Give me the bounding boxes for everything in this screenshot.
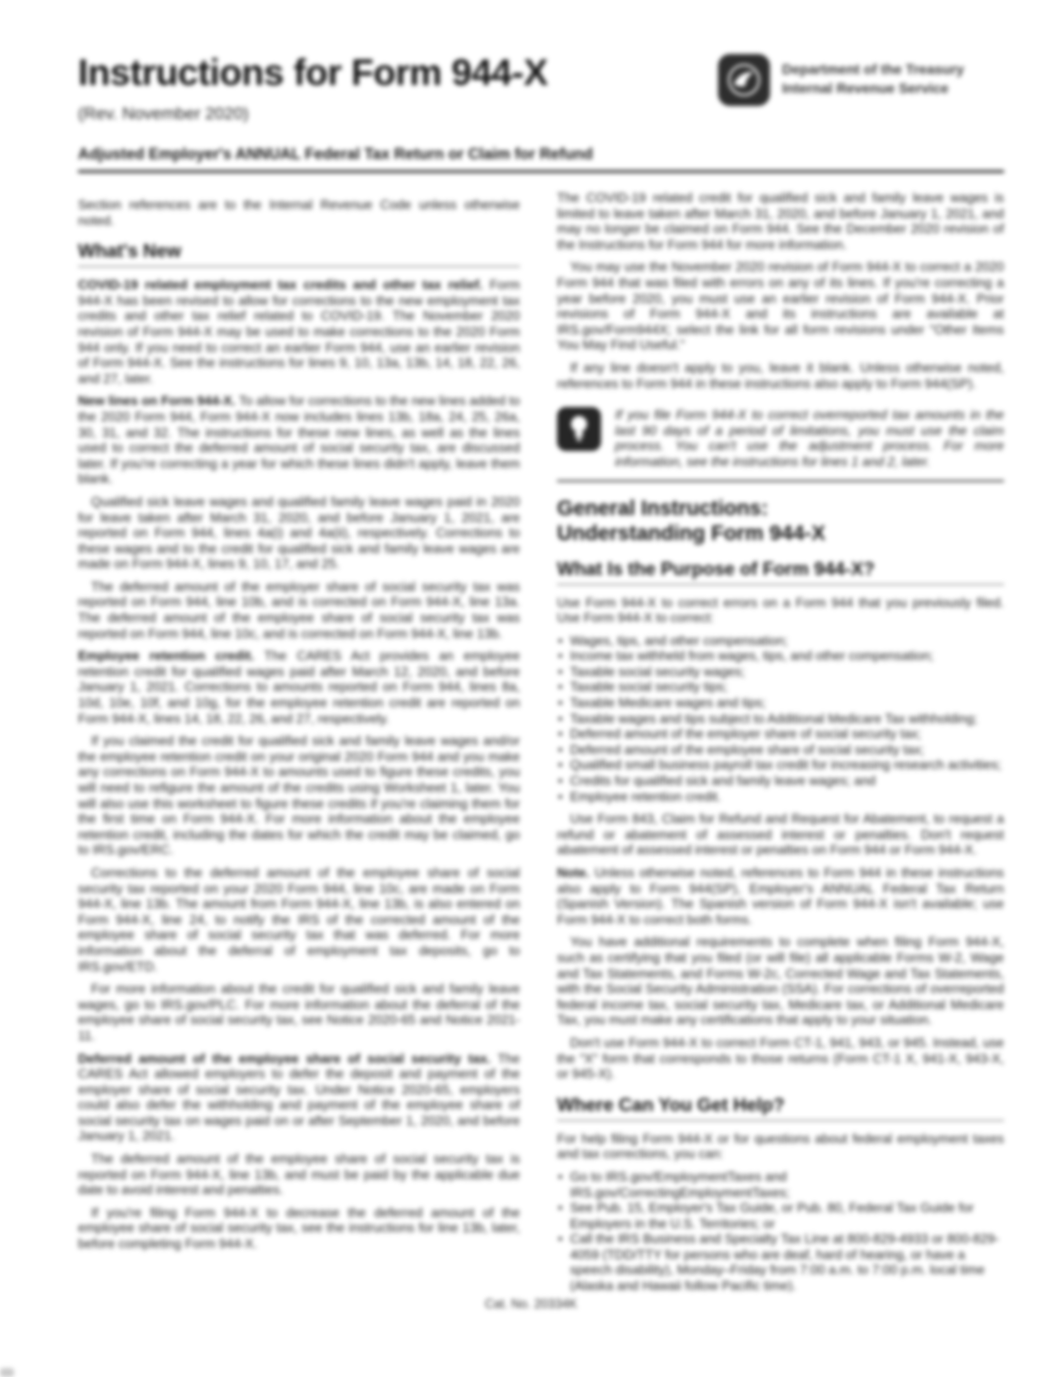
note-paragraph: Note. Unless otherwise noted, references… — [557, 865, 1004, 927]
paragraph-lead: COVID-19 related employment tax credits … — [78, 277, 483, 292]
agency-line-irs: Internal Revenue Service — [782, 79, 964, 98]
paragraph: Qualified sick leave wages and qualified… — [78, 494, 520, 572]
paragraph: You may use the November 2020 revision o… — [557, 259, 1004, 353]
purpose-heading: What Is the Purpose of Form 944-X? — [557, 558, 1004, 585]
footer-catalog-number: Cat. No. 20334K — [0, 1297, 1062, 1311]
list-item: Taxable social security tips; — [557, 679, 1004, 695]
right-column: The COVID-19 related credit for qualifie… — [557, 190, 1004, 1292]
help-heading: Where Can You Get Help? — [557, 1094, 1004, 1121]
list-item: Income tax withheld from wages, tips, an… — [557, 648, 1004, 664]
paragraph: Use Form 843, Claim for Refund and Reque… — [557, 811, 1004, 858]
note-lead: Note. — [557, 865, 590, 880]
paragraph: Don't use Form 944-X to correct Form CT-… — [557, 1035, 1004, 1082]
section-references: Section references are to the Internal R… — [78, 197, 520, 228]
paragraph: The deferred amount of the employee shar… — [78, 1151, 520, 1198]
list-item: Wages, tips, and other compensation; — [557, 633, 1004, 649]
general-instructions-heading: General Instructions: Understanding Form… — [557, 496, 1004, 546]
paragraph: Corrections to the deferred amount of th… — [78, 865, 520, 974]
tip-text: If you file Form 944-X to correct overre… — [615, 407, 1004, 469]
list-item: Call the IRS Business and Specialty Tax … — [557, 1231, 1004, 1292]
list-item: See Pub. 15, Employer's Tax Guide, or Pu… — [557, 1200, 1004, 1231]
paragraph: Use Form 944-X to correct errors on a Fo… — [557, 595, 1004, 626]
paragraph-lead: Deferred amount of the employee share of… — [78, 1051, 491, 1066]
paragraph: The COVID-19 related credit for qualifie… — [557, 190, 1004, 252]
list-item: Deferred amount of the employer share of… — [557, 726, 1004, 742]
general-instructions-heading-line1: General Instructions: — [557, 496, 1004, 521]
paragraph: If you claimed the credit for qualified … — [78, 733, 520, 858]
scanned-page-content: Instructions for Form 944-X Department o… — [0, 0, 1062, 1377]
paragraph: COVID-19 related employment tax credits … — [78, 277, 520, 386]
document-title: Instructions for Form 944-X — [78, 52, 718, 94]
paragraph-lead: New lines on Form 944-X. — [78, 393, 236, 408]
note-text: Unless otherwise noted, references to Fo… — [557, 865, 1004, 927]
paragraph: For more information about the credit fo… — [78, 981, 520, 1043]
paragraph: If you're filing Form 944-X to decrease … — [78, 1205, 520, 1252]
left-column: Section references are to the Internal R… — [78, 197, 520, 1299]
agency-block: Department of the Treasury Internal Reve… — [782, 60, 964, 98]
list-item: Qualified small business payroll tax cre… — [557, 757, 1004, 773]
scan-artifact — [0, 1368, 14, 1377]
paragraph: If any line doesn't apply to you, leave … — [557, 360, 1004, 391]
revision-date: (Rev. November 2020) — [78, 104, 249, 124]
list-item: Employee retention credit. — [557, 789, 1004, 805]
general-instructions-heading-line2: Understanding Form 944-X — [557, 521, 1004, 546]
whats-new-heading: What's New — [78, 240, 520, 267]
paragraph: For help filing Form 944-X or for questi… — [557, 1131, 1004, 1162]
list-item: Taxable wages and tips subject to Additi… — [557, 711, 1004, 727]
tip-box: If you file Form 944-X to correct overre… — [557, 407, 1004, 481]
list-item: Deferred amount of the employee share of… — [557, 742, 1004, 758]
paragraph-lead: Employee retention credit. — [78, 648, 254, 663]
document-subtitle: Adjusted Employer's ANNUAL Federal Tax R… — [78, 146, 1004, 173]
paragraph: Employee retention credit. The CARES Act… — [78, 648, 520, 726]
paragraph-text: Form 944-X has been revised to allow for… — [78, 277, 520, 386]
paragraph: New lines on Form 944-X. To allow for co… — [78, 393, 520, 487]
help-list: Go to IRS.gov/EmploymentTaxes and IRS.go… — [557, 1169, 1004, 1292]
list-item: Taxable social security wages; — [557, 664, 1004, 680]
paragraph: The deferred amount of the employer shar… — [78, 579, 520, 641]
tip-icon — [557, 407, 601, 451]
paragraph: You have additional requirements to comp… — [557, 934, 1004, 1028]
purpose-list: Wages, tips, and other compensation; Inc… — [557, 633, 1004, 805]
paragraph: Deferred amount of the employee share of… — [78, 1051, 520, 1145]
list-item: Taxable Medicare wages and tips; — [557, 695, 1004, 711]
list-item: Go to IRS.gov/EmploymentTaxes and IRS.go… — [557, 1169, 1004, 1200]
list-item: Credits for qualified sick and family le… — [557, 773, 1004, 789]
irs-eagle-logo-icon — [718, 54, 770, 106]
document-page: Instructions for Form 944-X Department o… — [0, 0, 1062, 1377]
agency-line-treasury: Department of the Treasury — [782, 60, 964, 79]
